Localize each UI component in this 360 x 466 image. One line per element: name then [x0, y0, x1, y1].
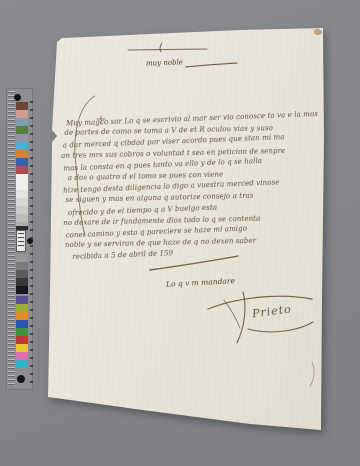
corner-stain: [314, 29, 322, 35]
header-annotation: muy noble: [146, 59, 183, 67]
photo-stage: muy noble Muy magco sor Lo q se escrivio…: [0, 0, 360, 466]
